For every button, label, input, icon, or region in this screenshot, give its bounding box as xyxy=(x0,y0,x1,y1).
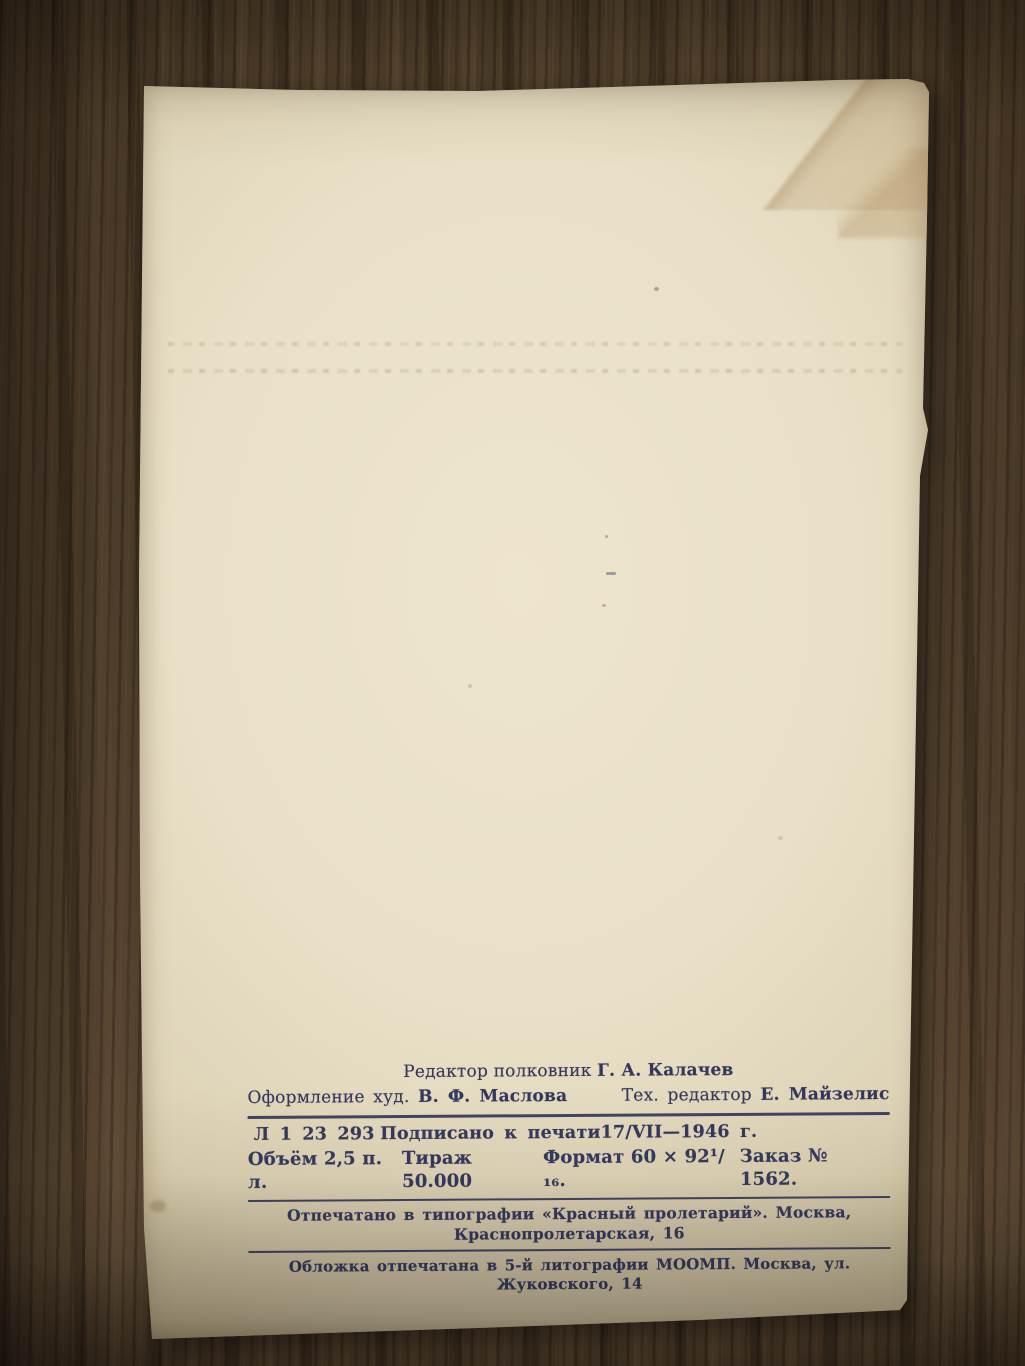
edge-smudge xyxy=(150,1200,166,1212)
editor-line: Редактор полковник Г. А. Калачев xyxy=(247,1059,889,1084)
ink-speck xyxy=(606,572,616,575)
foxing-speck xyxy=(602,604,606,607)
print-code: Л 1 23 293 xyxy=(254,1124,375,1147)
imprint-line-2: Объём 2,5 п. л. Тираж 50.000 Формат 60 ×… xyxy=(248,1145,890,1194)
paper-shadow-wrap: Редактор полковник Г. А. Калачев Оформле… xyxy=(0,0,1025,1366)
format: Формат 60 × 92¹/₁₆. xyxy=(543,1146,740,1192)
volume: Объём 2,5 п. л. xyxy=(248,1148,402,1194)
show-through-text-line xyxy=(168,369,902,373)
printing-house-line: Отпечатано в типографии «Красный пролета… xyxy=(248,1202,890,1245)
foxing-speck xyxy=(468,684,472,688)
signed-to-print: Подписано к печати17/VII—1946 г. xyxy=(380,1121,757,1143)
book-back-page: Редактор полковник Г. А. Калачев Оформле… xyxy=(138,78,932,1340)
print-run: Тираж 50.000 xyxy=(402,1148,543,1194)
tech-editor-name: Е. Майзелис xyxy=(760,1084,889,1105)
tech-editor-credit: Тех. редактор Е. Майзелис xyxy=(622,1084,890,1107)
divider-rule xyxy=(248,1196,890,1202)
foxing-speck xyxy=(654,287,659,291)
colophon-block: Редактор полковник Г. А. Калачев Оформле… xyxy=(247,1059,890,1296)
water-stain-blur xyxy=(838,148,932,238)
cover-printing-line: Обложка отпечатана в 5-й литографии МООМ… xyxy=(248,1254,890,1295)
order-number: Заказ № 1562. xyxy=(740,1145,886,1191)
design-name: В. Ф. Маслова xyxy=(418,1086,567,1107)
imprint-line-1: Л 1 23 293 Подписано к печати17/VII—1946… xyxy=(248,1121,890,1147)
divider-rule xyxy=(248,1112,890,1119)
foxing-speck xyxy=(605,535,608,538)
tech-editor-title: Тех. редактор xyxy=(622,1085,752,1106)
design-credit: Оформление худ. В. Ф. Маслова xyxy=(247,1086,567,1109)
foxing-speck xyxy=(778,836,783,840)
show-through-text-line xyxy=(168,342,902,346)
design-tech-line: Оформление худ. В. Ф. Маслова Тех. редак… xyxy=(247,1084,889,1109)
editor-title: Редактор полковник xyxy=(403,1061,591,1082)
editor-name: Г. А. Калачев xyxy=(597,1060,734,1081)
photo-of-book-back-cover: Редактор полковник Г. А. Калачев Оформле… xyxy=(0,0,1025,1366)
divider-rule xyxy=(248,1247,890,1253)
design-title: Оформление худ. xyxy=(247,1087,409,1108)
